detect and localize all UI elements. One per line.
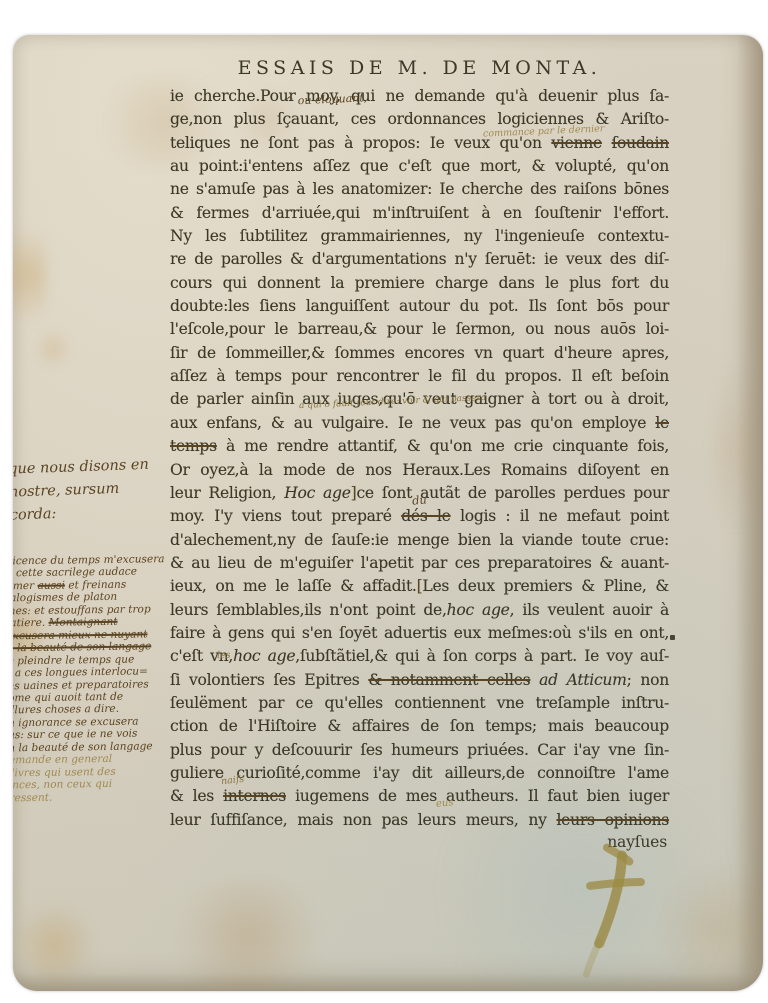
margin-note-upper: que nous disons ennostre, sursumcorda: (13, 453, 160, 527)
body-line: temps à me rendre attantif, & qu'on me c… (170, 435, 669, 458)
body-line: ſir de ſommeiller,& ſommes encores vn qu… (170, 342, 669, 365)
paper-stain (13, 210, 47, 340)
ink-dot (670, 635, 675, 640)
ink-cross-mark (571, 839, 658, 986)
body-line: ie cherche.Pour moy, qui ne demande qu'à… (170, 85, 669, 108)
body-line: d'alechement,ny de ſauſe:ie menge bien l… (170, 529, 669, 552)
body-line: ction de l'Hiſtoire & affaires de ſon te… (170, 715, 669, 738)
paper-stain (37, 327, 69, 371)
body-line: teliques ne ſont pas à propos: Ie veux q… (170, 132, 669, 155)
body-line: cours qui donnent la premiere charge dan… (170, 272, 669, 295)
body-line: faire à gens qui s'en ſoyēt aduertis eux… (170, 622, 669, 645)
interlinear-note: du (411, 492, 427, 507)
body-line: re de parolles & d'argumentations n'y ſe… (170, 248, 669, 271)
body-line: & au lieu de m'eguiſer l'apetit par ces … (170, 552, 669, 575)
body-line: moy. I'y viens tout preparé dés le logis… (170, 505, 669, 528)
body-line: ne s'amuſe pas à les anatomizer: Ie cher… (170, 178, 669, 201)
interlinear-note: les (217, 650, 231, 662)
body-line: & les internes iugemens de mes autheurs.… (170, 785, 669, 808)
body-line: l'eſcole,pour le barreau,& pour le ſermo… (170, 318, 669, 341)
body-line: leurs ſemblables,ils n'ont point de,hoc … (170, 599, 669, 622)
body-line: plus pour y deſcouurir ſes humeurs priué… (170, 739, 669, 762)
body-line: ieux, on me le laſſe & affadit.[Les deux… (170, 575, 669, 598)
book-page: ESSAIS DE M. DE MONTA. ie cherche.Pour m… (13, 35, 763, 991)
body-line: aſſez à temps pour rencontrer le fil du … (170, 365, 669, 388)
margin-note-lower: a licence du temps m'excuserade cette sa… (13, 553, 209, 805)
body-line: leur ſuffiſance, mais non pas leurs meur… (170, 809, 669, 832)
body-line: guliere curioſité,comme i'ay dit ailleur… (170, 762, 669, 785)
body-line: & fermes d'arriuée,qui m'inſtruiſent à e… (170, 202, 669, 225)
page-edge-shadow (737, 35, 763, 991)
page-edge-shadow (13, 973, 763, 991)
photo-background: ESSAIS DE M. DE MONTA. ie cherche.Pour m… (0, 0, 768, 1003)
body-line: doubte:les ſiens languiſſent autour du p… (170, 295, 669, 318)
body-line: Or oyez,à la mode de nos Heraux.Les Roma… (170, 459, 669, 482)
body-text: ie cherche.Pour moy, qui ne demande qu'à… (170, 85, 669, 832)
margin-note-line: corda: (13, 499, 160, 527)
body-line: Ny les ſubtilitez grammairiennes, ny l'i… (170, 225, 669, 248)
body-line: ſi volontiers ſes Epitres & notamment ce… (170, 669, 669, 692)
interlinear-note: eus (436, 797, 454, 809)
body-line: aux enfans, & au vulgaire. Ie ne veux pa… (170, 412, 669, 435)
body-line: au point:i'entens aſſez que c'eſt que mo… (170, 155, 669, 178)
running-header: ESSAIS DE M. DE MONTA. (170, 57, 669, 79)
body-line: ſeulëment par ce qu'elles contiennent vn… (170, 692, 669, 715)
body-line: c'eſt vn,hoc age,ſubſtãtiel,& qui à ſon … (170, 645, 669, 668)
